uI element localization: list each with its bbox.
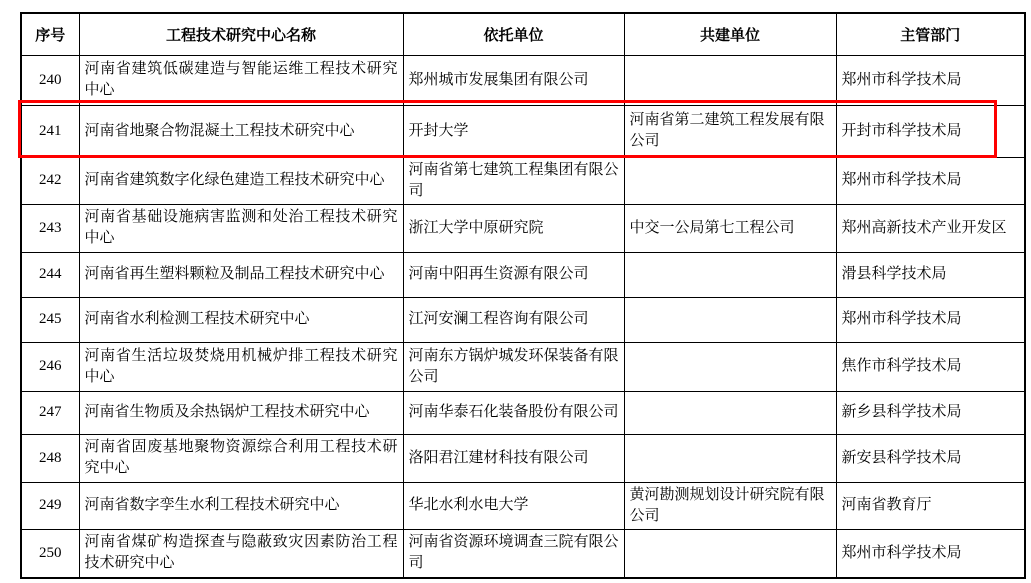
col-header-partner-unit: 共建单位 [624,13,836,55]
col-header-serial: 序号 [21,13,79,55]
cell-host-unit: 开封大学 [403,105,624,157]
cell-host-unit: 河南中阳再生资源有限公司 [403,252,624,297]
table-row: 244 河南省再生塑料颗粒及制品工程技术研究中心 河南中阳再生资源有限公司 滑县… [21,252,1025,297]
cell-host-unit: 河南东方锅炉城发环保装备有限公司 [403,342,624,391]
cell-host-unit: 郑州城市发展集团有限公司 [403,55,624,105]
table-row: 240 河南省建筑低碳建造与智能运维工程技术研究中心 郑州城市发展集团有限公司 … [21,55,1025,105]
cell-serial: 248 [21,434,79,482]
cell-serial: 245 [21,297,79,342]
cell-host-unit: 河南省第七建筑工程集团有限公司 [403,157,624,204]
cell-partner-unit: 中交一公局第七工程公司 [624,204,836,252]
cell-center-name: 河南省数字孪生水利工程技术研究中心 [79,482,403,529]
cell-partner-unit [624,529,836,578]
cell-partner-unit [624,297,836,342]
table-header-row: 序号 工程技术研究中心名称 依托单位 共建单位 主管部门 [21,13,1025,55]
cell-serial: 250 [21,529,79,578]
cell-serial: 242 [21,157,79,204]
cell-dept: 郑州市科学技术局 [836,157,1025,204]
cell-serial: 246 [21,342,79,391]
table-row: 250 河南省煤矿构造探查与隐蔽致灾因素防治工程技术研究中心 河南省资源环境调查… [21,529,1025,578]
col-header-center-name: 工程技术研究中心名称 [79,13,403,55]
cell-dept: 开封市科学技术局 [836,105,1025,157]
cell-serial: 243 [21,204,79,252]
cell-host-unit: 浙江大学中原研究院 [403,204,624,252]
col-header-dept: 主管部门 [836,13,1025,55]
cell-serial: 240 [21,55,79,105]
table-row: 243 河南省基础设施病害监测和处治工程技术研究中心 浙江大学中原研究院 中交一… [21,204,1025,252]
cell-center-name: 河南省水利检测工程技术研究中心 [79,297,403,342]
cell-dept: 郑州市科学技术局 [836,529,1025,578]
table-row: 248 河南省固废基地聚物资源综合利用工程技术研究中心 洛阳君江建材科技有限公司… [21,434,1025,482]
cell-serial: 244 [21,252,79,297]
cell-center-name: 河南省地聚合物混凝土工程技术研究中心 [79,105,403,157]
cell-partner-unit [624,342,836,391]
cell-partner-unit: 黄河勘测规划设计研究院有限公司 [624,482,836,529]
cell-partner-unit [624,157,836,204]
cell-partner-unit: 河南省第二建筑工程发展有限公司 [624,105,836,157]
cell-dept: 郑州高新技术产业开发区 [836,204,1025,252]
cell-host-unit: 河南华泰石化装备股份有限公司 [403,391,624,434]
cell-center-name: 河南省建筑低碳建造与智能运维工程技术研究中心 [79,55,403,105]
research-centers-table: 序号 工程技术研究中心名称 依托单位 共建单位 主管部门 240 河南省建筑低碳… [20,12,1026,579]
cell-dept: 新安县科学技术局 [836,434,1025,482]
cell-partner-unit [624,434,836,482]
cell-dept: 焦作市科学技术局 [836,342,1025,391]
cell-center-name: 河南省基础设施病害监测和处治工程技术研究中心 [79,204,403,252]
table-row: 245 河南省水利检测工程技术研究中心 江河安澜工程咨询有限公司 郑州市科学技术… [21,297,1025,342]
cell-host-unit: 江河安澜工程咨询有限公司 [403,297,624,342]
table-row-highlighted: 241 河南省地聚合物混凝土工程技术研究中心 开封大学 河南省第二建筑工程发展有… [21,105,1025,157]
cell-serial: 249 [21,482,79,529]
table-row: 249 河南省数字孪生水利工程技术研究中心 华北水利水电大学 黄河勘测规划设计研… [21,482,1025,529]
cell-host-unit: 河南省资源环境调查三院有限公司 [403,529,624,578]
cell-serial: 247 [21,391,79,434]
table-row: 242 河南省建筑数字化绿色建造工程技术研究中心 河南省第七建筑工程集团有限公司… [21,157,1025,204]
cell-center-name: 河南省再生塑料颗粒及制品工程技术研究中心 [79,252,403,297]
table-row: 246 河南省生活垃圾焚烧用机械炉排工程技术研究中心 河南东方锅炉城发环保装备有… [21,342,1025,391]
cell-serial: 241 [21,105,79,157]
cell-center-name: 河南省生物质及余热锅炉工程技术研究中心 [79,391,403,434]
cell-dept: 新乡县科学技术局 [836,391,1025,434]
cell-center-name: 河南省生活垃圾焚烧用机械炉排工程技术研究中心 [79,342,403,391]
cell-partner-unit [624,252,836,297]
cell-host-unit: 华北水利水电大学 [403,482,624,529]
cell-center-name: 河南省煤矿构造探查与隐蔽致灾因素防治工程技术研究中心 [79,529,403,578]
cell-partner-unit [624,391,836,434]
cell-center-name: 河南省建筑数字化绿色建造工程技术研究中心 [79,157,403,204]
cell-dept: 河南省教育厅 [836,482,1025,529]
cell-center-name: 河南省固废基地聚物资源综合利用工程技术研究中心 [79,434,403,482]
cell-dept: 郑州市科学技术局 [836,55,1025,105]
cell-dept: 郑州市科学技术局 [836,297,1025,342]
cell-host-unit: 洛阳君江建材科技有限公司 [403,434,624,482]
document-page: 序号 工程技术研究中心名称 依托单位 共建单位 主管部门 240 河南省建筑低碳… [0,0,1031,583]
table-row: 247 河南省生物质及余热锅炉工程技术研究中心 河南华泰石化装备股份有限公司 新… [21,391,1025,434]
col-header-host-unit: 依托单位 [403,13,624,55]
cell-dept: 滑县科学技术局 [836,252,1025,297]
cell-partner-unit [624,55,836,105]
